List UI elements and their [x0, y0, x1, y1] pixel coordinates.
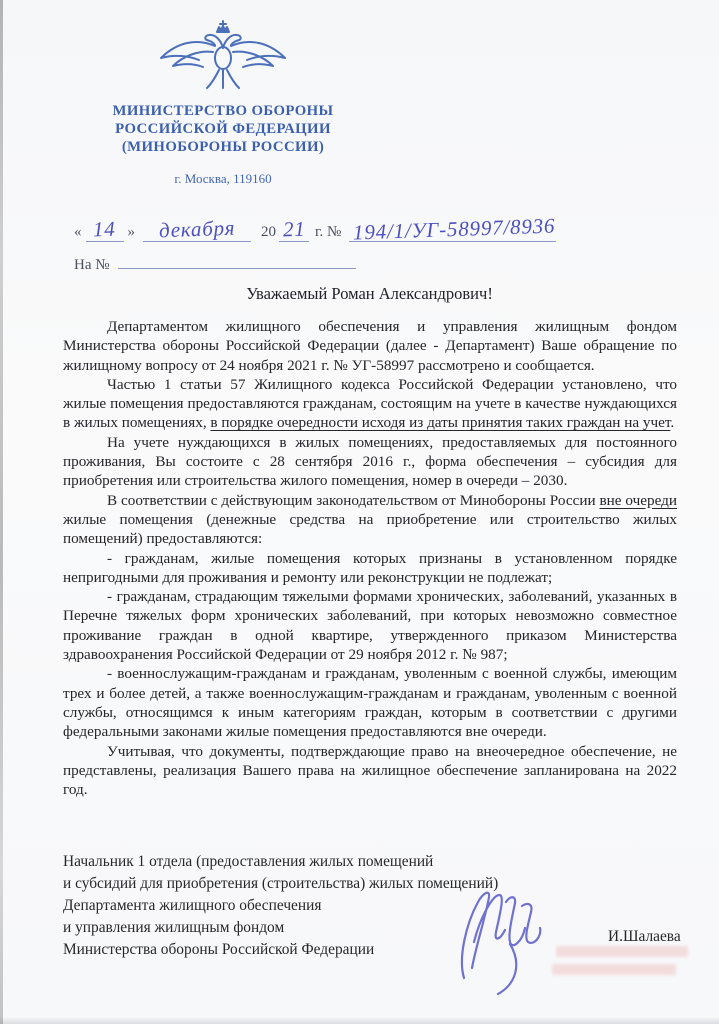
body-paragraph: Учитывая, что документы, подтверждающие …	[63, 742, 677, 800]
close-quote: »	[128, 224, 136, 241]
body-paragraph: На учете нуждающихся в жилых помещениях,…	[63, 433, 677, 491]
body-paragraph: - гражданам, жилые помещения которых при…	[63, 549, 677, 588]
day-blank: 14	[86, 219, 124, 242]
text-segment: - гражданам, страдающим тяжелыми формами…	[63, 588, 677, 663]
underlined-text: в порядке очередности исходя из даты при…	[210, 414, 670, 431]
letter-body: Департаментом жилищного обеспечения и уп…	[63, 317, 677, 799]
handwritten-year: 21	[282, 219, 305, 240]
month-blank: декабря	[143, 219, 251, 242]
handwritten-month: декабря	[159, 218, 236, 241]
body-paragraph: - военнослужащим-гражданам и гражданам, …	[63, 664, 677, 741]
date-reference-line: « 14 » декабря 20 21 г. № 194/1/УГ-58997…	[74, 219, 556, 242]
org-name-line1: МИНИСТЕРСТВО ОБОРОНЫ	[58, 102, 388, 120]
signature-position-line: Департамента жилищного обеспечения	[63, 895, 498, 917]
text-segment: жилые помещения (денежные средства на пр…	[63, 511, 677, 547]
text-segment: На учете нуждающихся в жилых помещениях,…	[63, 434, 677, 490]
handwritten-day: 14	[93, 219, 116, 240]
number-label: г. №	[315, 224, 341, 241]
signature-position-line: Начальник 1 отдела (предоставления жилых…	[63, 851, 498, 873]
underlined-text: вне очереди	[599, 492, 677, 509]
body-paragraph: Частью 1 статьи 57 Жилищного кодекса Рос…	[63, 375, 677, 433]
text-segment: Департаментом жилищного обеспечения и уп…	[63, 318, 677, 374]
year-blank: 21	[279, 219, 309, 242]
letterhead: МИНИСТЕРСТВО ОБОРОНЫ РОССИЙСКОЙ ФЕДЕРАЦИ…	[58, 18, 388, 187]
mod-eagle-emblem	[149, 18, 297, 94]
org-address: г. Москва, 119160	[58, 171, 388, 187]
signature-position-line: и управления жилищным фондом	[63, 917, 498, 939]
handwritten-signature	[450, 880, 546, 998]
org-name-line2: РОССИЙСКОЙ ФЕДЕРАЦИИ	[58, 120, 388, 138]
reply-label: На №	[74, 257, 110, 274]
number-blank: 194/1/УГ-58997/8936	[349, 219, 555, 242]
open-quote: «	[74, 224, 82, 241]
signature-position-block: Начальник 1 отдела (предоставления жилых…	[63, 851, 498, 961]
body-paragraph: Департаментом жилищного обеспечения и уп…	[63, 317, 677, 375]
text-segment: .	[670, 414, 674, 431]
body-paragraph: - гражданам, страдающим тяжелыми формами…	[63, 587, 677, 664]
faint-ink-stamp	[552, 964, 676, 975]
reply-reference-line: На №	[74, 252, 356, 274]
signature-position-line: и субсидий для приобретения (строительст…	[63, 873, 498, 895]
text-segment: - гражданам, жилые помещения которых при…	[63, 550, 677, 586]
faint-ink-stamp	[556, 946, 688, 957]
reply-blank	[118, 252, 356, 269]
handwritten-number: 194/1/УГ-58997/8936	[353, 215, 556, 242]
scan-edge-artifact	[0, 1017, 719, 1024]
text-segment: В соответствии с действующим законодател…	[107, 492, 599, 509]
scan-edge-artifact	[0, 0, 3, 1024]
signature-position-line: Министерства обороны Российской Федераци…	[63, 939, 498, 961]
text-segment: Учитывая, что документы, подтверждающие …	[63, 743, 677, 799]
greeting-line: Уважаемый Роман Александрович!	[63, 284, 676, 304]
body-paragraph: В соответствии с действующим законодател…	[63, 491, 677, 549]
year-prefix: 20	[261, 224, 276, 241]
org-name-line3: (МИНОБОРОНЫ РОССИИ)	[58, 138, 388, 156]
signer-name: И.Шалаева	[608, 928, 681, 946]
text-segment: - военнослужащим-гражданам и гражданам, …	[63, 665, 677, 740]
